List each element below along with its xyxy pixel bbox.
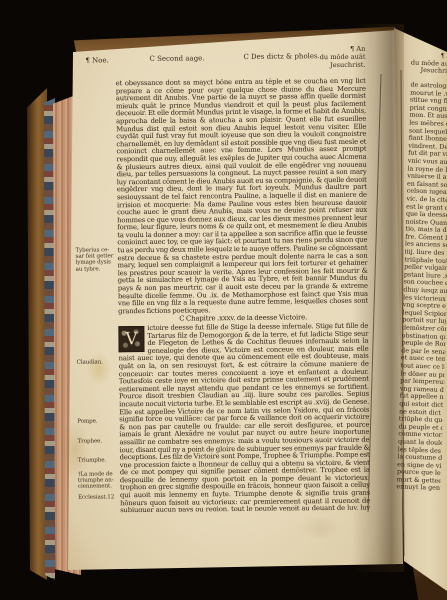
left-cover-edge [27,88,47,580]
left-page [55,30,403,575]
margin-notes: Tyberius ce- sar feit getter lymage dysi… [0,0,444,3]
